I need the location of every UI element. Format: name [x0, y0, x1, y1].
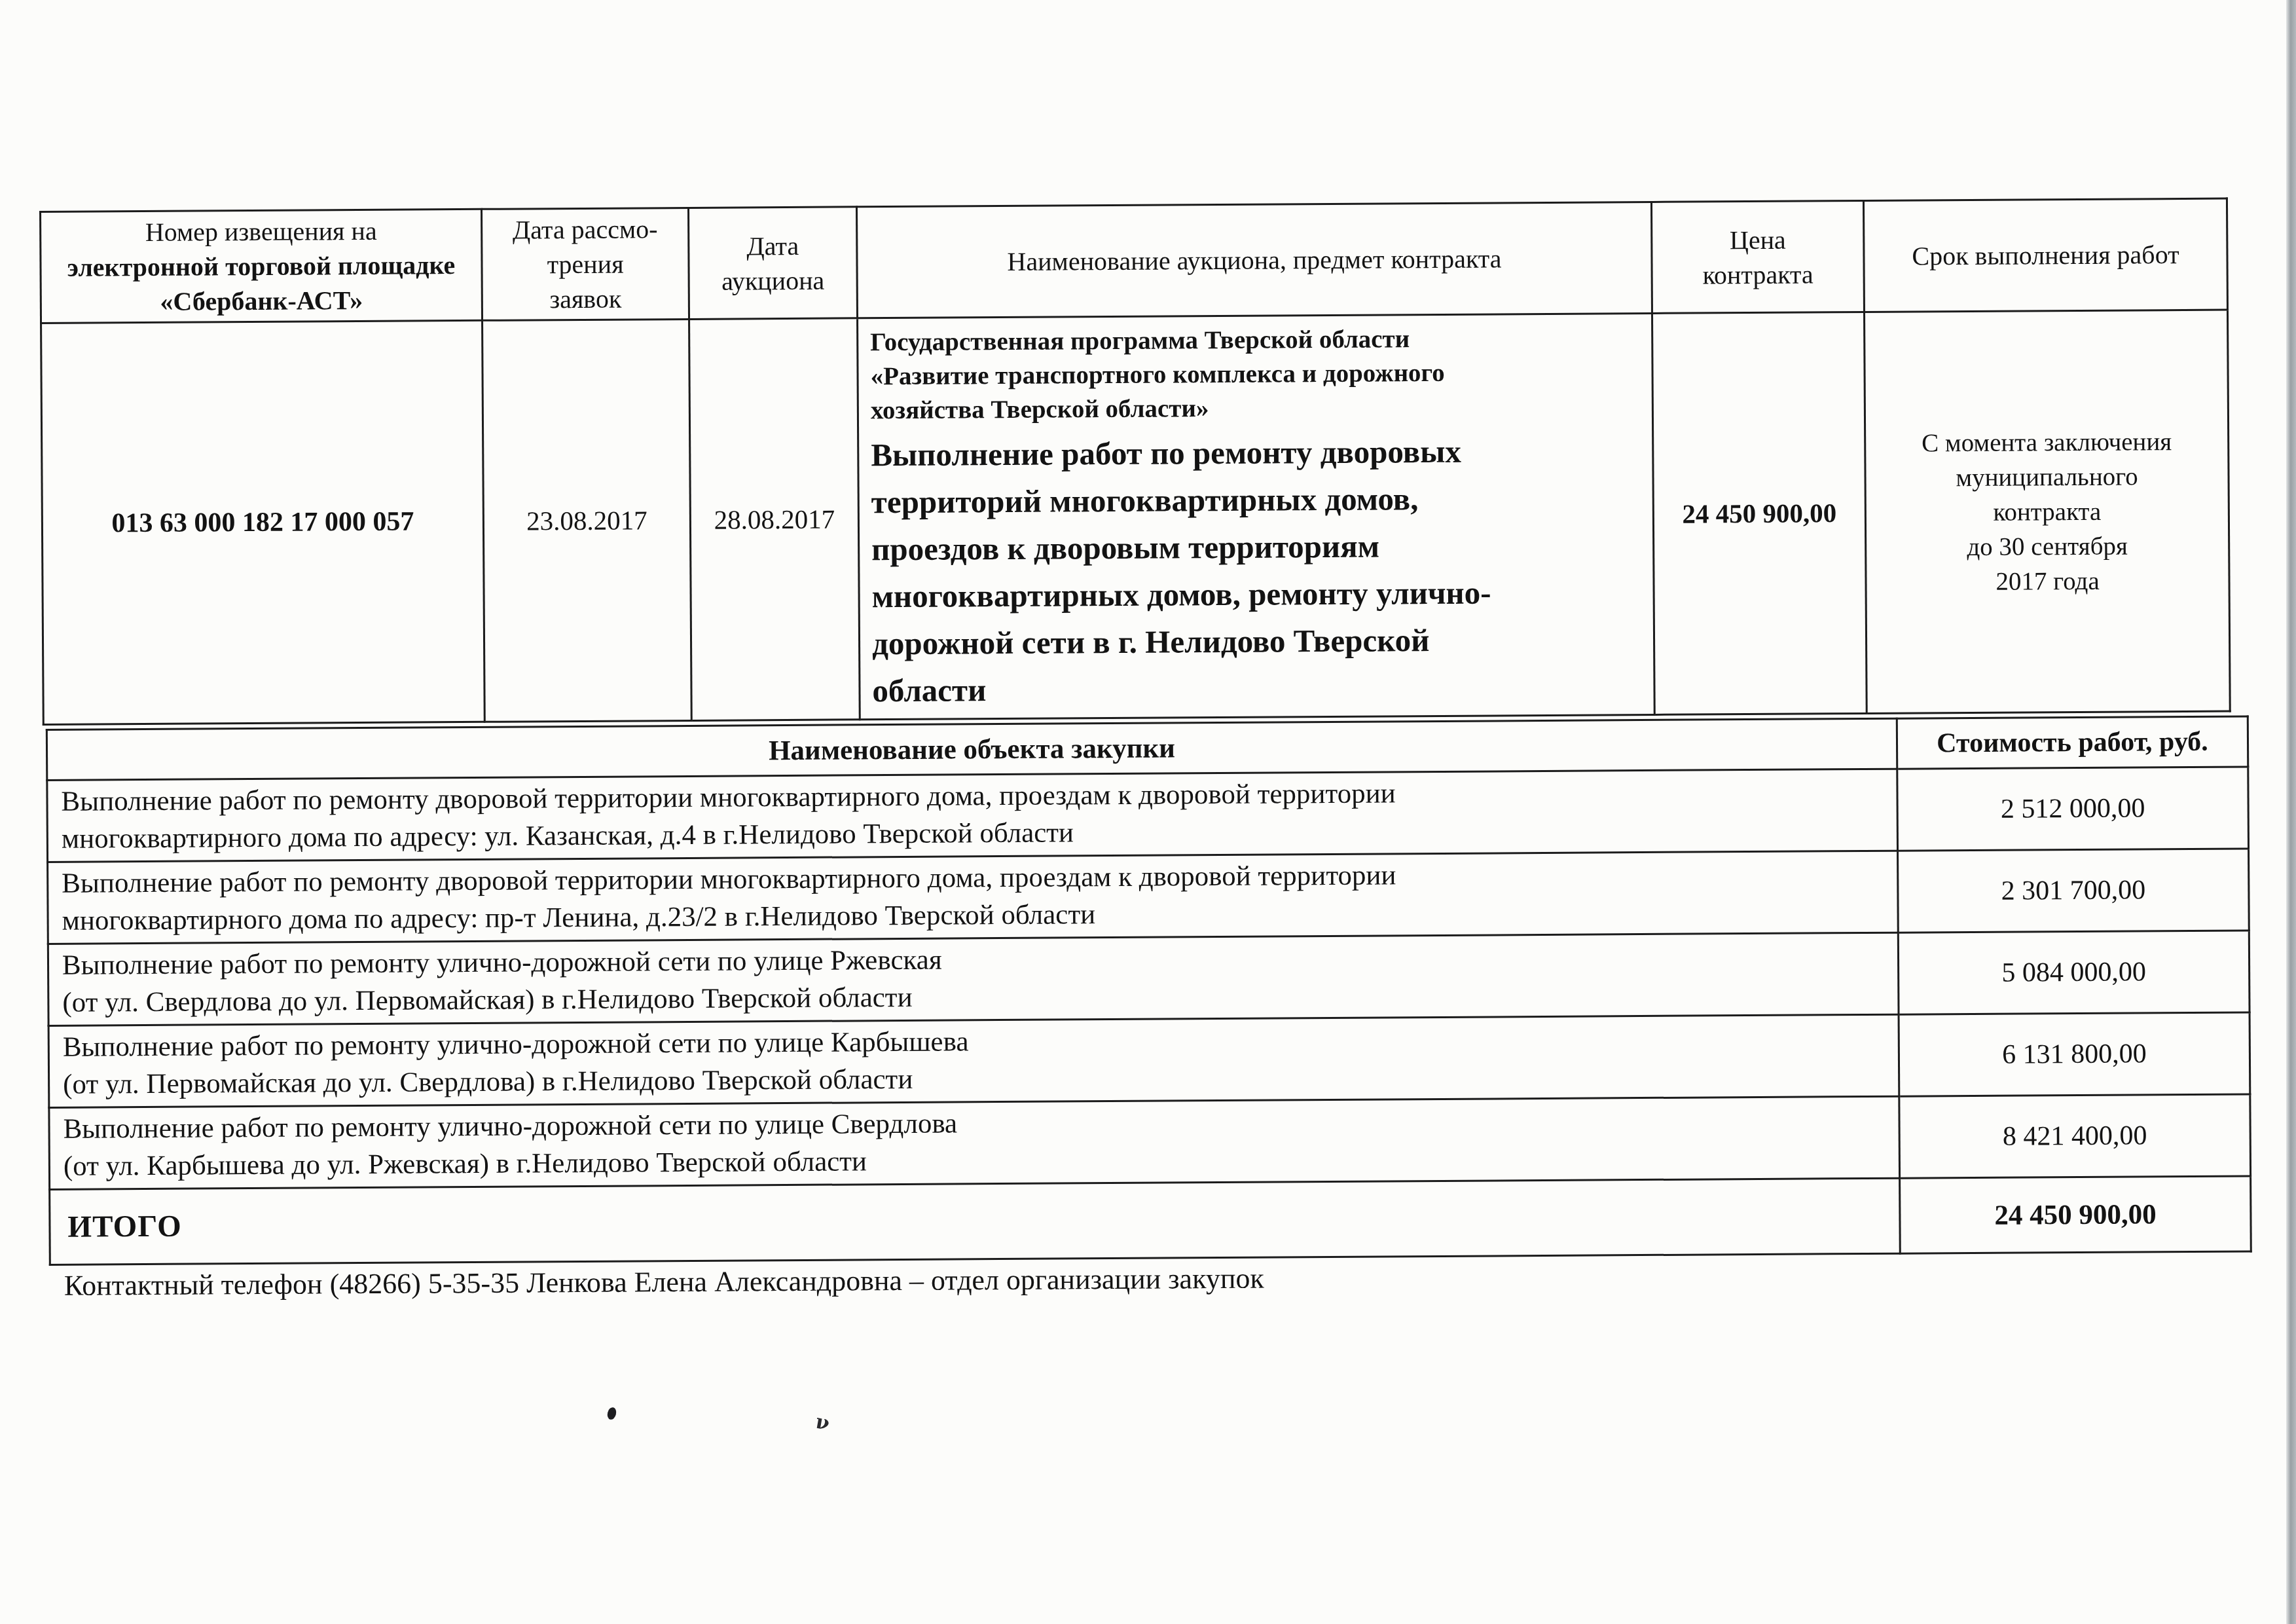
review-date-cell: 23.08.2017: [483, 319, 692, 722]
object-name-cell: Выполнение работ по ремонту улично-дорож…: [48, 932, 1899, 1025]
text-line: Государственная программа Тверской облас…: [870, 321, 1639, 360]
header-work-term: Срок выполнения работ: [1863, 198, 2227, 312]
text-line: С момента заключения: [1867, 424, 2227, 460]
notice-number-cell: 013 63 000 182 17 000 057: [41, 320, 485, 724]
header-text-line: Номер извещения на: [50, 213, 471, 250]
procurement-objects-table: Наименование объекта закупки Стоимость р…: [46, 715, 2252, 1266]
text-line: «Развитие транспортного комплекса и доро…: [870, 355, 1639, 394]
text-line: области: [872, 663, 1641, 714]
table-row: Выполнение работ по ремонту дворовой тер…: [48, 849, 2250, 944]
total-row: ИТОГО 24 450 900,00: [50, 1176, 2251, 1265]
header-auction-subject: Наименование аукциона, предмет контракта: [856, 202, 1652, 318]
header-work-cost: Стоимость работ, руб.: [1897, 716, 2248, 769]
header-text-line: Дата рассмо-: [492, 212, 678, 248]
total-value-cell: 24 450 900,00: [1900, 1176, 2251, 1253]
scanned-document-page: Номер извещения на электронной торговой …: [0, 0, 2296, 1624]
object-name-cell: Выполнение работ по ремонту улично-дорож…: [49, 1096, 1900, 1189]
text-line: Выполнение работ по ремонту дворовых: [871, 427, 1640, 479]
table-row: Выполнение работ по ремонту дворовой тер…: [47, 767, 2249, 862]
text-line: проездов к дворовым территориям: [871, 521, 1641, 573]
object-name-cell: Выполнение работ по ремонту улично-дорож…: [48, 1014, 1899, 1107]
scanned-sheet: Номер извещения на электронной торговой …: [0, 0, 2296, 1624]
text-line: многоквартирных домов, ремонту улично-: [871, 568, 1641, 620]
text-line: дорожной сети в г. Нелидово Тверской: [872, 616, 1641, 667]
header-review-date: Дата рассмо- трения заявок: [481, 208, 689, 320]
auction-table-data-row: 013 63 000 182 17 000 057 23.08.2017 28.…: [41, 310, 2231, 724]
object-name-cell: Выполнение работ по ремонту дворовой тер…: [47, 769, 1898, 862]
scanner-edge-shadow: [2286, 0, 2296, 1624]
header-text-line: аукциона: [699, 263, 847, 298]
program-text: Государственная программа Тверской облас…: [870, 321, 1640, 428]
header-text-bold: электронной торговой площадке «Сбербанк-…: [67, 250, 456, 316]
contract-price-cell: 24 450 900,00: [1652, 312, 1867, 714]
text-line: контракта: [1867, 493, 2227, 530]
text-line: до 30 сентября: [1867, 528, 2227, 564]
text-line: территорий многоквартирных домов,: [871, 474, 1641, 526]
object-name-cell: Выполнение работ по ремонту дворовой тер…: [48, 851, 1899, 944]
auction-date-cell: 28.08.2017: [689, 318, 860, 721]
work-cost-cell: 5 084 000,00: [1898, 931, 2250, 1014]
auction-subject-cell: Государственная программа Тверской облас…: [858, 313, 1655, 719]
header-text-line: Цена: [1662, 222, 1853, 258]
header-auction-date: Дата аукциона: [688, 207, 857, 320]
header-text-line: контракта: [1662, 257, 1853, 293]
header-contract-price: Цена контракта: [1651, 200, 1864, 313]
table-row: Выполнение работ по ремонту улично-дорож…: [48, 931, 2250, 1026]
table-row: Выполнение работ по ремонту улично-дорож…: [49, 1094, 2251, 1190]
header-text-line: Дата: [699, 228, 847, 263]
auction-table-header-row: Номер извещения на электронной торговой …: [41, 198, 2228, 323]
auction-table: Номер извещения на электронной торговой …: [39, 198, 2231, 726]
table-row: Выполнение работ по ремонту улично-дорож…: [48, 1012, 2250, 1108]
header-text-line: трения: [492, 246, 678, 282]
header-notice-number: Номер извещения на электронной торговой …: [41, 209, 483, 323]
text-line: муниципального: [1867, 458, 2227, 495]
text-line: хозяйства Тверской области»: [871, 389, 1640, 428]
scan-artifact-mark: ν: [814, 1411, 837, 1436]
work-cost-cell: 8 421 400,00: [1899, 1094, 2251, 1178]
contact-line: Контактный телефон (48266) 5-35-35 Ленко…: [64, 1262, 1264, 1302]
total-label-cell: ИТОГО: [50, 1178, 1901, 1264]
work-term-cell: С момента заключения муниципального конт…: [1864, 310, 2230, 713]
work-cost-cell: 6 131 800,00: [1899, 1012, 2250, 1096]
header-text-line: заявок: [492, 281, 679, 317]
work-cost-cell: 2 512 000,00: [1897, 767, 2249, 851]
text-line: 2017 года: [1867, 563, 2227, 599]
work-cost-cell: 2 301 700,00: [1898, 849, 2250, 932]
subject-text: Выполнение работ по ремонту дворовых тер…: [871, 427, 1642, 714]
